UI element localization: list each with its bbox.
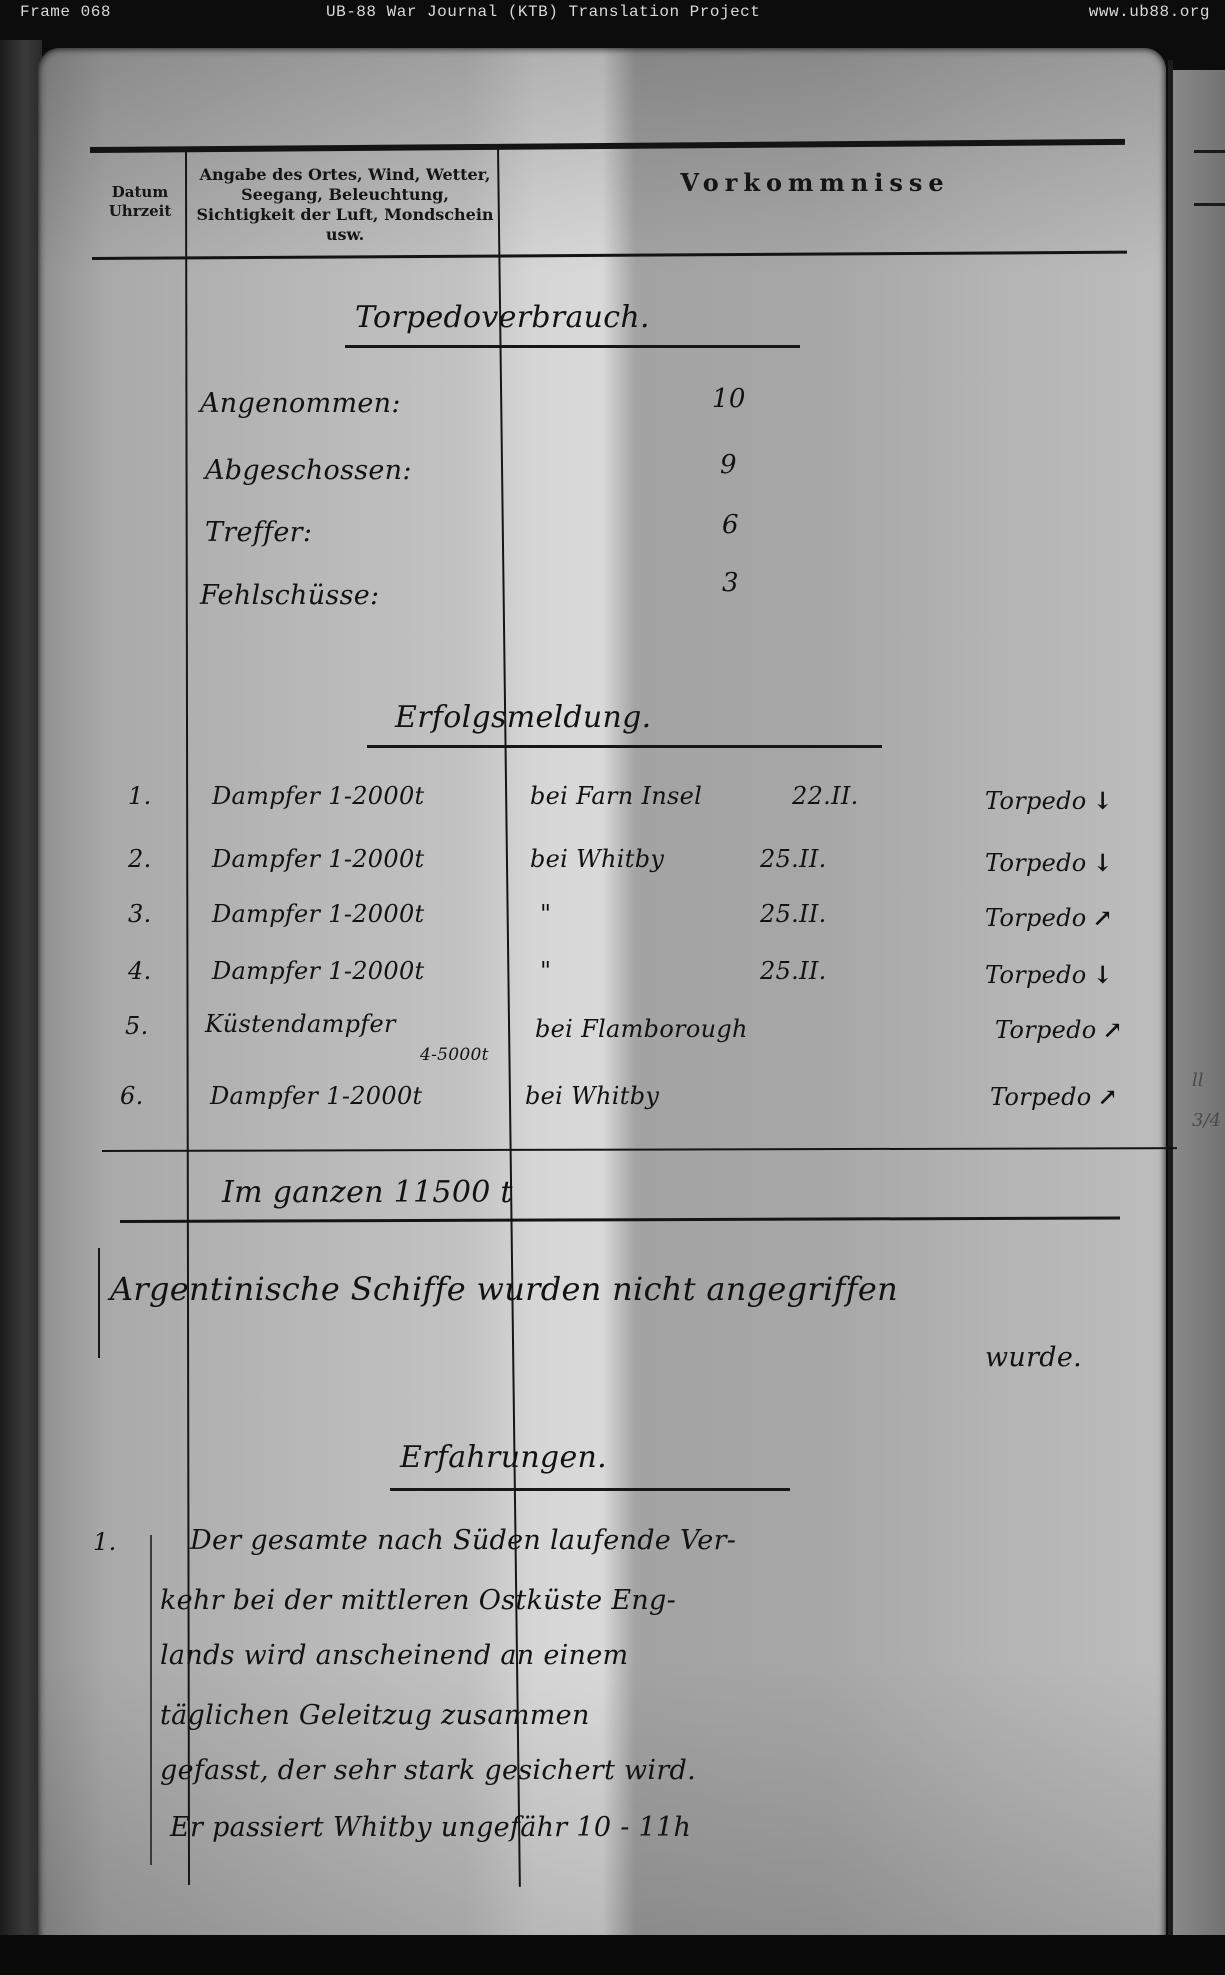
adjacent-margin-mark: 3/4 [1192,1110,1221,1131]
book-binding [0,40,42,1975]
column-header-location-weather: Angabe des Ortes, Wind, Wetter, Seegang,… [190,165,500,245]
entry-location: bei Flamborough [535,1015,748,1043]
entry-index: 1. [128,782,152,810]
paragraph-line: täglichen Geleitzug zusammen [160,1700,590,1731]
entry-weapon: Torpedo↓ [985,960,1113,989]
entry-weapon: Torpedo↓ [985,786,1113,815]
entry-location: bei Farn Insel [530,782,702,810]
adjacent-margin-mark: ll [1192,1070,1204,1091]
torpedo-usage-value: 9 [720,450,737,480]
entry-location: bei Whitby [530,845,664,873]
torpedo-usage-value: 3 [722,568,739,598]
remark-line: Argentinische Schiffe wurden nicht angeg… [110,1270,898,1308]
frame-label: Frame 068 [20,3,111,21]
section-heading-success-report: Erfolgsmeldung. [395,700,651,735]
entry-vessel: Dampfer 1-2000t [212,900,424,928]
torpedo-usage-label: Treffer: [205,517,312,548]
entry-weapon: Torpedo↗ [985,903,1113,932]
torpedo-mark-icon: ↗ [1098,1082,1118,1111]
paragraph-margin-bar [150,1535,152,1865]
entry-location: " [540,957,551,985]
entry-date: 25.II. [760,845,827,873]
torpedo-mark-icon: ↓ [1093,786,1113,815]
page-fold [1168,60,1173,1940]
website-link[interactable]: www.ub88.org [1089,3,1210,21]
entry-index: 5. [125,1012,149,1040]
paragraph-line: lands wird anscheinend an einem [160,1640,628,1671]
entry-location: " [540,900,551,928]
remark-margin-bar [98,1248,100,1358]
paragraph-index: 1. [93,1528,117,1556]
section-underline [367,745,882,748]
paragraph-line: kehr bei der mittleren Ostküste Eng- [160,1585,676,1616]
entry-tonnage-note: 4-5000t [420,1045,489,1065]
entry-index: 2. [128,845,152,873]
section-heading-torpedo-usage: Torpedoverbrauch. [355,300,650,335]
entry-location: bei Whitby [525,1082,659,1110]
entry-index: 4. [128,957,152,985]
torpedo-usage-label: Fehlschüsse: [200,580,379,611]
total-tonnage: Im ganzen 11500 t [222,1175,513,1210]
entry-date: 22.II. [792,782,859,810]
entry-date: 25.II. [760,900,827,928]
paragraph-line: Er passiert Whitby ungefähr 10 - 11h [170,1812,691,1843]
entry-vessel: Dampfer 1-2000t [212,782,424,810]
paragraph-line: gefasst, der sehr stark gesichert wird. [160,1755,696,1786]
entry-vessel: Dampfer 1-2000t [212,957,424,985]
torpedo-mark-icon: ↓ [1093,960,1113,989]
entry-vessel: Dampfer 1-2000t [210,1082,422,1110]
column-header-events: Vorkommnisse [505,168,1125,198]
adjacent-page-rule [1194,203,1225,206]
torpedo-usage-label: Abgeschossen: [205,455,412,486]
adjacent-page-strip: ll 3/4 [1172,70,1225,1970]
torpedo-mark-icon: ↓ [1093,848,1113,877]
entry-index: 6. [120,1082,144,1110]
project-title: UB-88 War Journal (KTB) Translation Proj… [326,3,760,21]
section-underline [390,1488,790,1491]
entry-date: 25.II. [760,957,827,985]
torpedo-usage-label: Angenommen: [200,388,401,419]
torpedo-mark-icon: ↗ [1103,1015,1123,1044]
torpedo-usage-value: 6 [722,510,739,540]
entry-vessel: Dampfer 1-2000t [212,845,424,873]
scan-bottom-edge [0,1935,1225,1975]
entry-weapon: Torpedo↗ [990,1082,1118,1111]
column-header-date-time: Datum Uhrzeit [95,183,185,221]
paragraph-line: Der gesamte nach Süden laufende Ver- [190,1525,736,1556]
entry-index: 3. [128,900,152,928]
section-heading-experiences: Erfahrungen. [400,1440,607,1475]
entry-weapon: Torpedo↗ [995,1015,1123,1044]
entry-vessel: Küstendampfer [205,1010,396,1038]
adjacent-page-rule [1194,150,1225,153]
torpedo-mark-icon: ↗ [1093,903,1113,932]
remark-line: wurde. [985,1342,1082,1373]
viewer-header: Frame 068 UB-88 War Journal (KTB) Transl… [0,0,1225,30]
entry-weapon: Torpedo↓ [985,848,1113,877]
torpedo-usage-value: 10 [712,384,746,414]
section-underline [345,345,800,348]
